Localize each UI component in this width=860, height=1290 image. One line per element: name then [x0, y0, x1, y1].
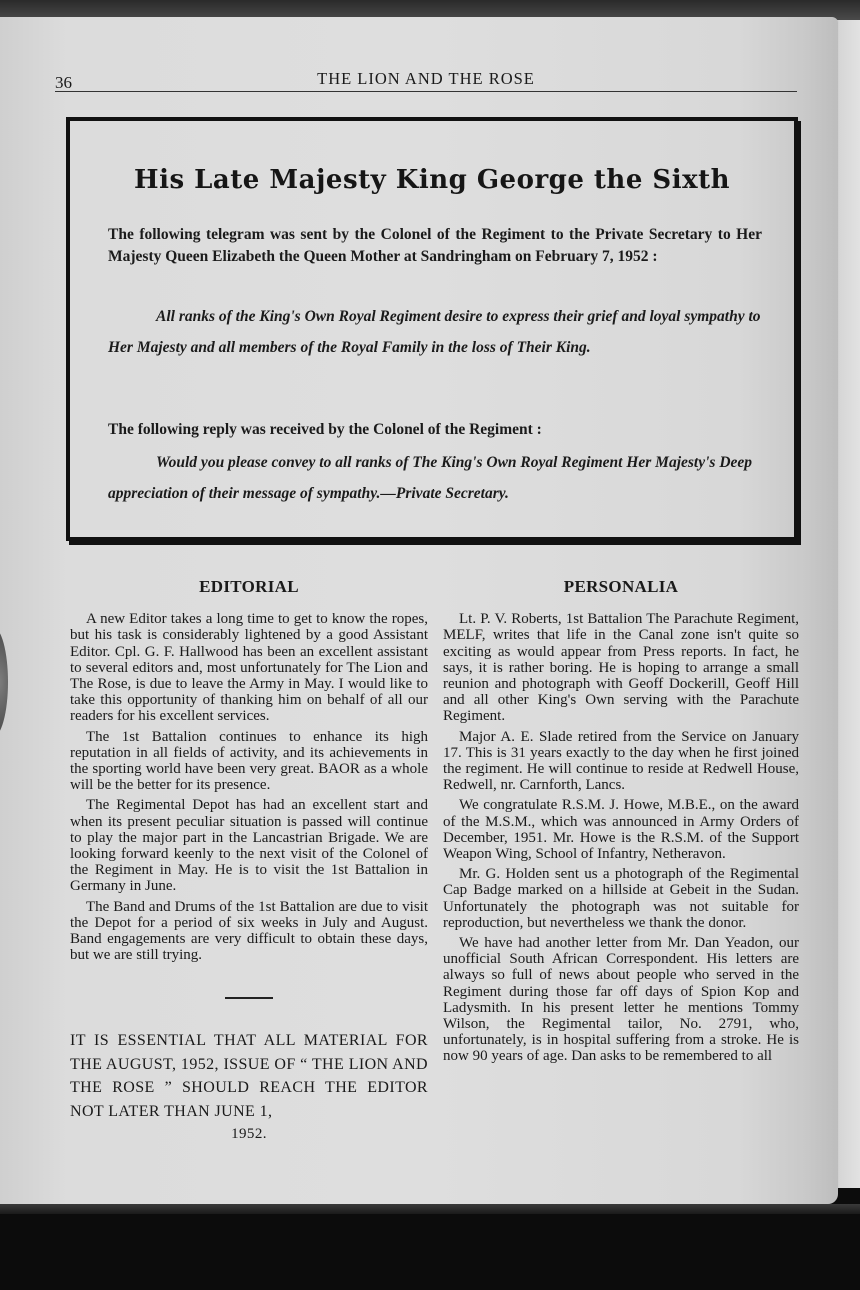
- deadline-notice: IT IS ESSENTIAL THAT ALL MATERIAL FOR TH…: [70, 1029, 428, 1147]
- reply-intro: The following reply was received by the …: [108, 419, 762, 441]
- memorial-title: His Late Majesty King George the Sixth: [70, 165, 794, 195]
- deadline-text: IT IS ESSENTIAL THAT ALL MATERIAL FOR TH…: [70, 1032, 428, 1120]
- page-header: 36 THE LION AND THE ROSE: [55, 69, 797, 92]
- personalia-heading: PERSONALIA: [443, 579, 799, 595]
- personalia-column: PERSONALIA Lt. P. V. Roberts, 1st Battal…: [443, 579, 799, 1069]
- editorial-heading: EDITORIAL: [70, 579, 428, 595]
- editorial-paragraph: The Band and Drums of the 1st Battalion …: [70, 899, 428, 964]
- magazine-page: 36 THE LION AND THE ROSE His Late Majest…: [0, 17, 838, 1204]
- thumb-shadow: [0, 627, 8, 737]
- telegram-text: All ranks of the King's Own Royal Regime…: [108, 301, 762, 363]
- running-title: THE LION AND THE ROSE: [55, 69, 797, 89]
- memorial-notice-box: His Late Majesty King George the Sixth T…: [66, 117, 798, 541]
- personalia-paragraph: We have had another letter from Mr. Dan …: [443, 935, 799, 1065]
- editorial-column: EDITORIAL A new Editor takes a long time…: [70, 579, 428, 1147]
- personalia-paragraph: Major A. E. Slade retired from the Servi…: [443, 729, 799, 794]
- deadline-year: 1952.: [70, 1123, 428, 1147]
- editorial-paragraph: A new Editor takes a long time to get to…: [70, 611, 428, 724]
- personalia-paragraph: Mr. G. Holden sent us a photograph of th…: [443, 866, 799, 931]
- reply-text: Would you please convey to all ranks of …: [108, 447, 762, 509]
- personalia-paragraph: We congratulate R.S.M. J. Howe, M.B.E., …: [443, 797, 799, 862]
- section-divider: [225, 997, 273, 999]
- book-binding-bottom: [0, 1204, 860, 1214]
- personalia-paragraph: Lt. P. V. Roberts, 1st Battalion The Par…: [443, 611, 799, 724]
- editorial-paragraph: The 1st Battalion continues to enhance i…: [70, 729, 428, 794]
- editorial-paragraph: The Regimental Depot has had an excellen…: [70, 797, 428, 894]
- telegram-intro: The following telegram was sent by the C…: [108, 224, 762, 268]
